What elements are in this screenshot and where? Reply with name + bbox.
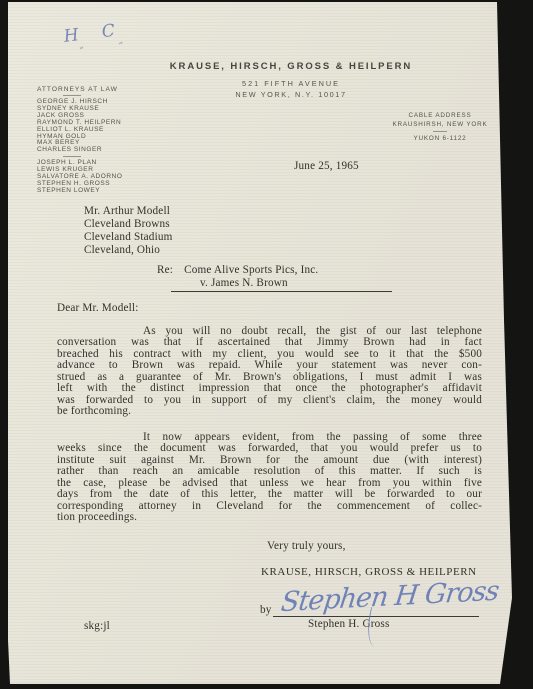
salutation: Dear Mr. Modell: xyxy=(57,302,139,314)
body-text-line: left with the distinct impression that o… xyxy=(57,383,482,394)
recipient-address-line: Mr. Arthur Modell xyxy=(84,205,173,218)
body-paragraph-2: It now appears evident, from the passing… xyxy=(57,432,482,524)
attorneys-at-law-label: ATTORNEYS AT LAW xyxy=(37,86,177,93)
recipient-address-line: Cleveland Browns xyxy=(84,218,173,231)
handwritten-monogram: H C „ „ xyxy=(63,17,146,53)
complimentary-close: Very truly yours, xyxy=(267,540,346,552)
cable-divider xyxy=(433,131,447,132)
cable-address-name: KRAUSHIRSH, NEW YORK xyxy=(383,120,497,129)
closing-firm-name: KRAUSE, HIRSCH, GROSS & HEILPERN xyxy=(261,566,477,578)
letter-paper: H C „ „ KRAUSE, HIRSCH, GROSS & HEILPERN… xyxy=(0,0,533,689)
subject-line: Re:Come Alive Sports Pics, Inc. v. James… xyxy=(157,264,318,290)
attorneys-roster: ATTORNEYS AT LAW GEORGE J. HIRSCHSYDNEY … xyxy=(37,86,177,195)
versus-line: v. James N. Brown xyxy=(200,277,318,290)
body-text-line: be forthcoming. xyxy=(57,406,482,417)
recipient-address-line: Cleveland Stadium xyxy=(84,231,173,244)
phone-number: YUKON 6-1122 xyxy=(383,134,497,143)
attorneys-group-1: GEORGE J. HIRSCHSYDNEY KRAUSEJACK GROSSR… xyxy=(37,99,177,154)
attorney-name: STEPHEN LOWEY xyxy=(37,188,177,195)
attorney-name: CHARLES SINGER xyxy=(37,147,177,154)
subject-case-line: Re:Come Alive Sports Pics, Inc. xyxy=(157,264,318,277)
recipient-address: Mr. Arthur ModellCleveland BrownsClevela… xyxy=(84,205,173,257)
cable-address-block: CABLE ADDRESS KRAUSHIRSH, NEW YORK YUKON… xyxy=(383,111,497,143)
handwritten-signature: Stephen H Gross xyxy=(279,575,513,618)
subject-underline xyxy=(171,291,392,292)
recipient-address-line: Cleveland, Ohio xyxy=(84,244,173,257)
letterhead-city-address: NEW YORK, N.Y. 10017 xyxy=(168,90,414,99)
body-text-line: days from the date of this letter, the m… xyxy=(57,489,482,500)
re-label: Re: xyxy=(157,264,173,276)
body-text-line: tion proceedings. xyxy=(57,512,482,523)
date-line: June 25, 1965 xyxy=(294,160,359,172)
body-paragraph-1: As you will no doubt recall, the gist of… xyxy=(57,326,482,418)
roster-divider xyxy=(63,156,81,157)
reference-initials: skg:jl xyxy=(84,620,110,632)
by-label: by xyxy=(260,604,272,616)
letterhead-firm-name: KRAUSE, HIRSCH, GROSS & HEILPERN xyxy=(168,61,414,72)
roster-divider xyxy=(63,95,81,96)
attorneys-group-2: JOSEPH L. PLANLEWIS KRUGERSALVATORE A. A… xyxy=(37,160,177,195)
cable-address-label: CABLE ADDRESS xyxy=(383,111,497,120)
case-name: Come Alive Sports Pics, Inc. xyxy=(184,264,318,276)
letterhead-street-address: 521 FIFTH AVENUE xyxy=(168,79,414,88)
